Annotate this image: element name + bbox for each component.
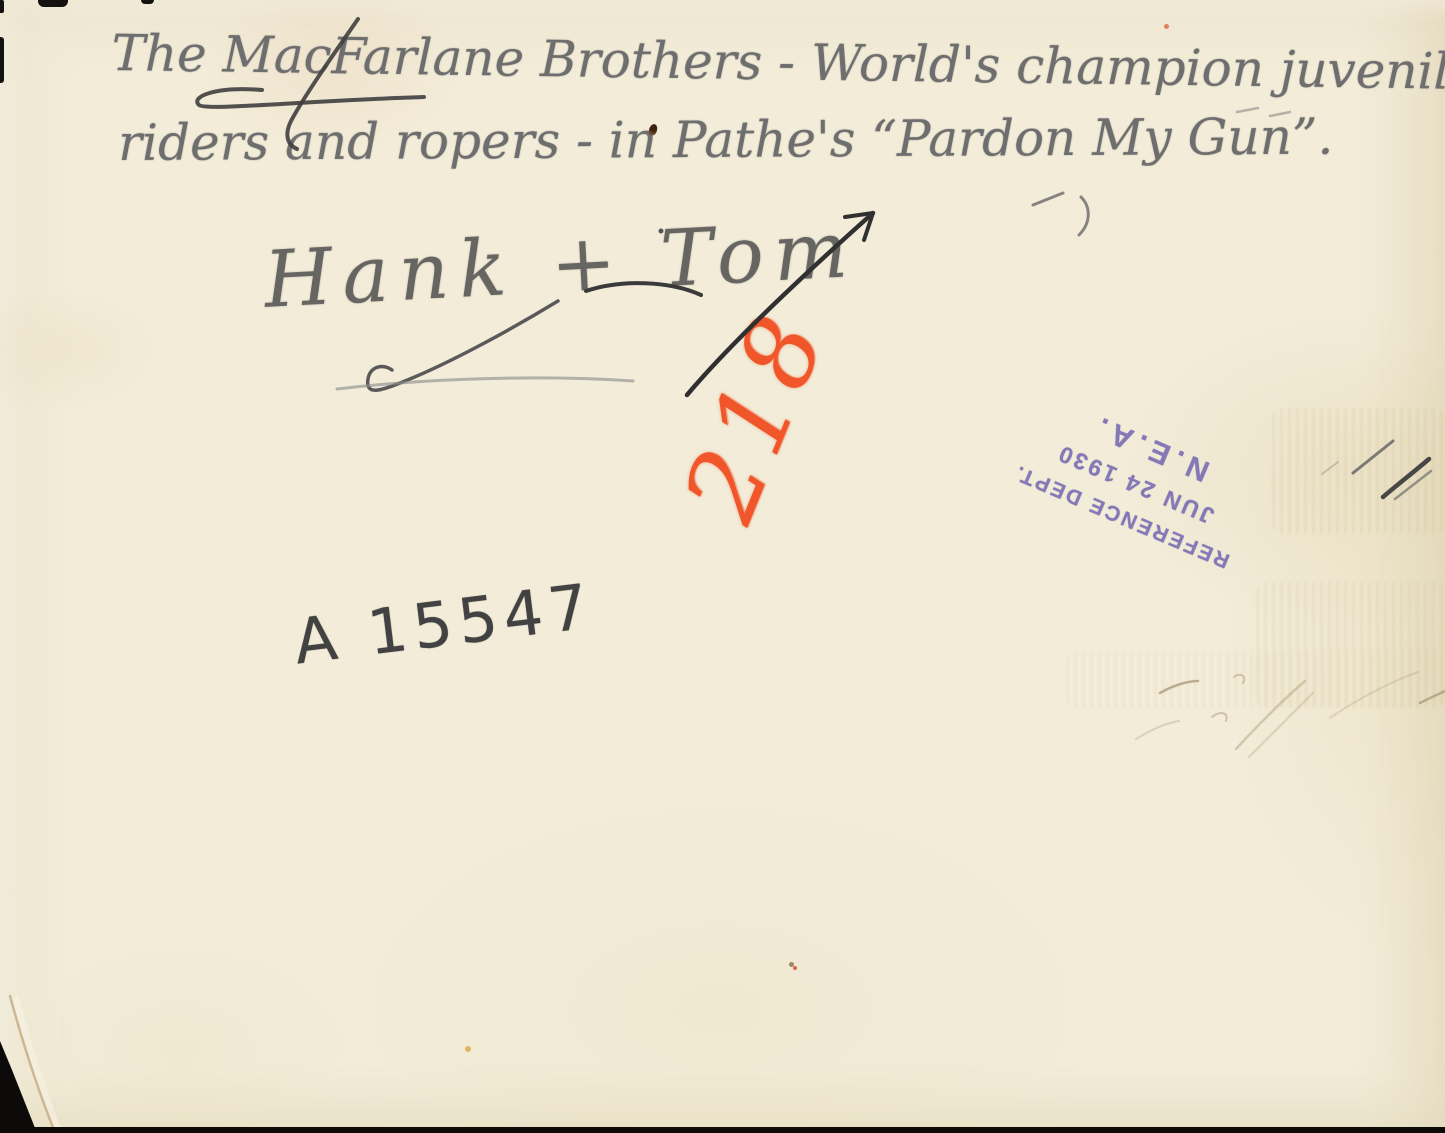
photo-verso: The MacFarlane Brothers - World's champi…: [0, 0, 1445, 1133]
caption-line-2: riders and ropers - in Pathe's “Pardon M…: [118, 108, 1333, 172]
paper-emboss-texture: [1256, 582, 1445, 708]
paper-speck: [793, 966, 797, 970]
scan-edge-bottom: [0, 1127, 1445, 1133]
paper-speck: [465, 1046, 471, 1052]
torn-corner: [0, 1041, 37, 1133]
corner-crease: [10, 996, 54, 1130]
scan-edge-mark: [0, 37, 4, 83]
scan-edge-mark: [38, 0, 68, 7]
crossout-underline: [197, 89, 424, 107]
paper-emboss-texture: [1272, 408, 1445, 534]
paper-speck: [1164, 24, 1169, 29]
reference-dept-stamp: REFERENCE DEPT. JUN 24 1930 N.E.A.: [983, 339, 1291, 621]
scan-edge-mark: [141, 0, 154, 4]
corner-wear: [16, 1000, 58, 1130]
catalog-number: A 15547: [290, 569, 598, 678]
scrawl-underline: [337, 378, 633, 389]
scan-edge-mark: [0, 0, 4, 13]
paper-emboss-texture: [1066, 650, 1445, 708]
caption-line-1: The MacFarlane Brothers - World's champi…: [111, 24, 1445, 101]
